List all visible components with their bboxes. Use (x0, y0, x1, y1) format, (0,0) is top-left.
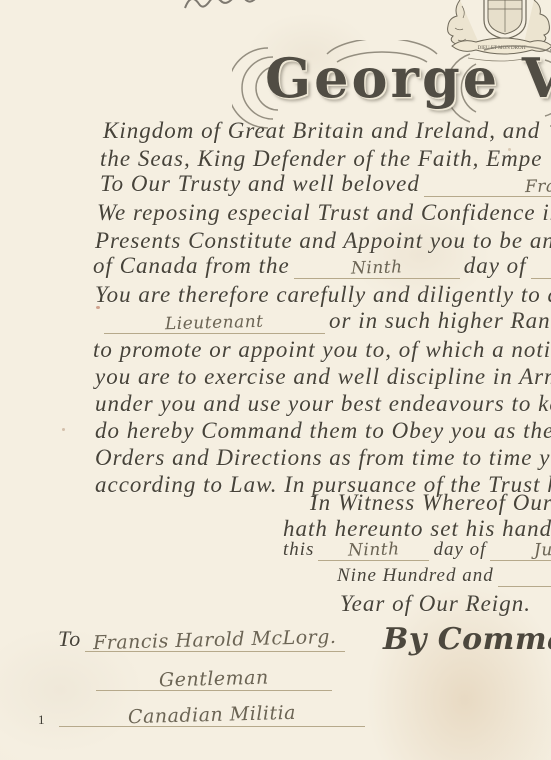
rank-blank: Lieutenant (104, 313, 325, 334)
recipient-full-name-blank: Francis Harold McLorg. (85, 629, 344, 652)
body-line-8: Lieutenant or in such higher Rank as w (100, 308, 551, 334)
body-line-1: Kingdom of Great Britain and Ireland, an… (103, 118, 540, 144)
paper-speck (62, 428, 65, 431)
witness-month-hand: June (534, 539, 551, 560)
body-line-5: Presents Constitute and Appoint you to b… (95, 228, 551, 254)
witness-day-of-text: day of (433, 539, 486, 561)
unit-line: Canadian Militia (55, 704, 369, 727)
witness-day-blank: Ninth (318, 540, 429, 561)
page-title: George V (265, 46, 551, 110)
index-number: 1 (38, 712, 45, 728)
witness-day-hand: Ninth (348, 539, 400, 560)
witness-line-1: In Witness Whereof Our G (310, 490, 551, 516)
higher-rank-text: or in such higher Rank as w (329, 308, 551, 334)
recipient-name-blank: Francis H (424, 176, 551, 197)
witness-month-blank: June (490, 540, 551, 561)
paper-speck (96, 306, 100, 309)
unit-hand: Canadian Militia (128, 702, 297, 728)
recipient-full-name-hand: Francis Harold McLorg. (93, 626, 337, 654)
body-line-7: You are therefore carefully and diligent… (95, 282, 551, 308)
witness-line-5: Year of Our Reign. (340, 591, 531, 617)
day-of-text: day of (464, 253, 527, 279)
body-line-13: Orders and Directions as from time to ti… (95, 445, 551, 471)
body-line-12: do hereby Command them to Obey you as th… (95, 418, 551, 444)
month-blank: Jun (531, 258, 551, 279)
by-command-text: By Command of (383, 622, 551, 657)
title-line: Gentleman (92, 668, 336, 691)
this-text: this (283, 539, 314, 561)
body-line-9: to promote or appoint you to, of which a… (93, 337, 551, 363)
day-hand: Ninth (351, 257, 403, 278)
recipient-title-hand: Gentleman (159, 667, 269, 692)
top-handwriting-fragment (183, 0, 343, 12)
body-line-4: We reposing especial Trust and Confidenc… (97, 200, 551, 226)
to-label: To (58, 626, 81, 652)
trusty-beloved-text: To Our Trusty and well beloved (100, 171, 420, 197)
body-line-11: under you and use your best endeavours t… (95, 391, 551, 417)
year-blank: Ei (498, 566, 551, 587)
paper-speck (508, 148, 511, 151)
body-line-10: you are to exercise and well discipline … (95, 364, 551, 390)
commission-document: DIEU ET MON DROIT George V Kingdom of Gr… (0, 0, 551, 760)
of-canada-text: of Canada from the (93, 253, 290, 279)
day-blank: Ninth (294, 258, 460, 279)
nine-hundred-text: Nine Hundred and (337, 565, 494, 587)
recipient-name-hand: Francis H (525, 175, 551, 197)
body-line-3: To Our Trusty and well beloved Francis H (100, 171, 551, 197)
witness-line-4: Nine Hundred and Ei (337, 565, 551, 587)
recipient-title-blank: Gentleman (96, 668, 332, 691)
rank-hand: Lieutenant (165, 312, 264, 335)
body-line-2: the Seas, King Defender of the Faith, Em… (100, 146, 543, 172)
body-line-6: of Canada from the Ninth day of Jun (93, 253, 551, 279)
recipient-line: To Francis Harold McLorg. (58, 626, 343, 652)
witness-line-3: this Ninth day of June (283, 539, 551, 561)
unit-blank: Canadian Militia (59, 704, 365, 727)
